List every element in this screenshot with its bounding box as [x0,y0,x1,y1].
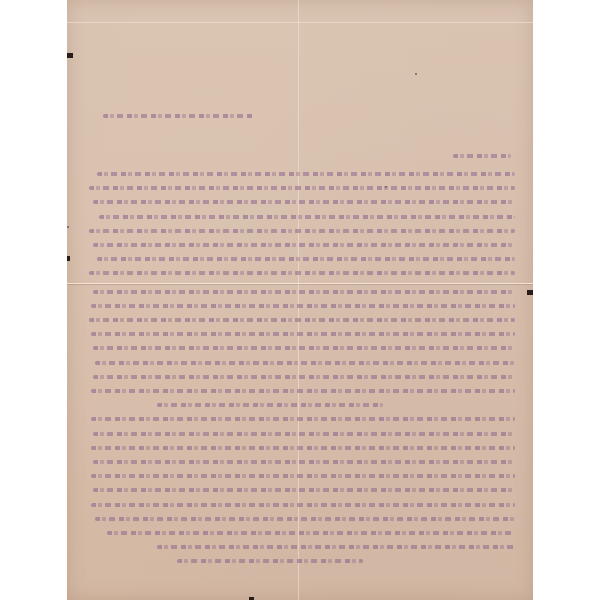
letter-paper: [illegible dated header line] [illegible… [67,0,533,600]
letter-body-line: [illegible line 22] [91,474,515,478]
letter-body-line: [illegible line 26] [107,531,515,535]
letter-body-line: [illegible line 6] [93,243,515,247]
edge-tear-mark [527,290,533,295]
letter-body-line: [illegible line 7] [97,257,515,261]
letter-body-line: [illegible line 2] [89,186,515,190]
letter-body-line: [illegible line 19] [93,432,515,436]
letter-body-line: [illegible line 10] [91,304,515,308]
horizontal-fold-line [67,283,533,284]
letter-body-line: [illegible line 1] [97,172,515,176]
letter-body-line: [illegible line 18] [91,417,515,421]
letter-body-line: [illegible line 23] [93,488,515,492]
letter-body-line: [illegible line 12] [91,332,515,336]
letter-body-line: [illegible line 5] [89,229,515,233]
letter-header: [illegible dated header line] [103,114,253,118]
letter-body-line: [illegible line 17] [157,403,383,407]
letter-body-line: [illegible line 11] [89,318,515,322]
letter-body-line: [illegible line 15] [93,375,515,379]
letter-body-line: [illegible line 13] [93,346,515,350]
letter-body-line: [illegible line 16] [91,389,515,393]
letter-body-line: [illegible line 25] [95,517,515,521]
top-crease [67,22,533,23]
edge-tear-mark [67,53,73,58]
letter-body-line: [illegible line 21] [93,460,515,464]
letter-body-line: [illegible line 14] [95,361,515,365]
letter-body-line: [illegible line 8] [89,271,515,275]
letter-body-line: [illegible line 3] [93,200,515,204]
letter-body-line: [illegible line 4] [99,215,515,219]
vertical-fold-line [298,0,299,600]
letter-body-line: [illegible line 9] [93,290,515,294]
letter-body-line: [illegible line 27] [157,545,515,549]
letter-salutation: [illegible salutation] [453,154,511,158]
letter-body-line: [illegible line 24] [91,503,515,507]
edge-tear-mark [67,256,70,261]
paper-speck [415,73,417,75]
paper-speck [67,226,69,228]
letter-body-line: [illegible line 28] [177,559,363,563]
letter-body-line: [illegible line 20] [91,446,515,450]
